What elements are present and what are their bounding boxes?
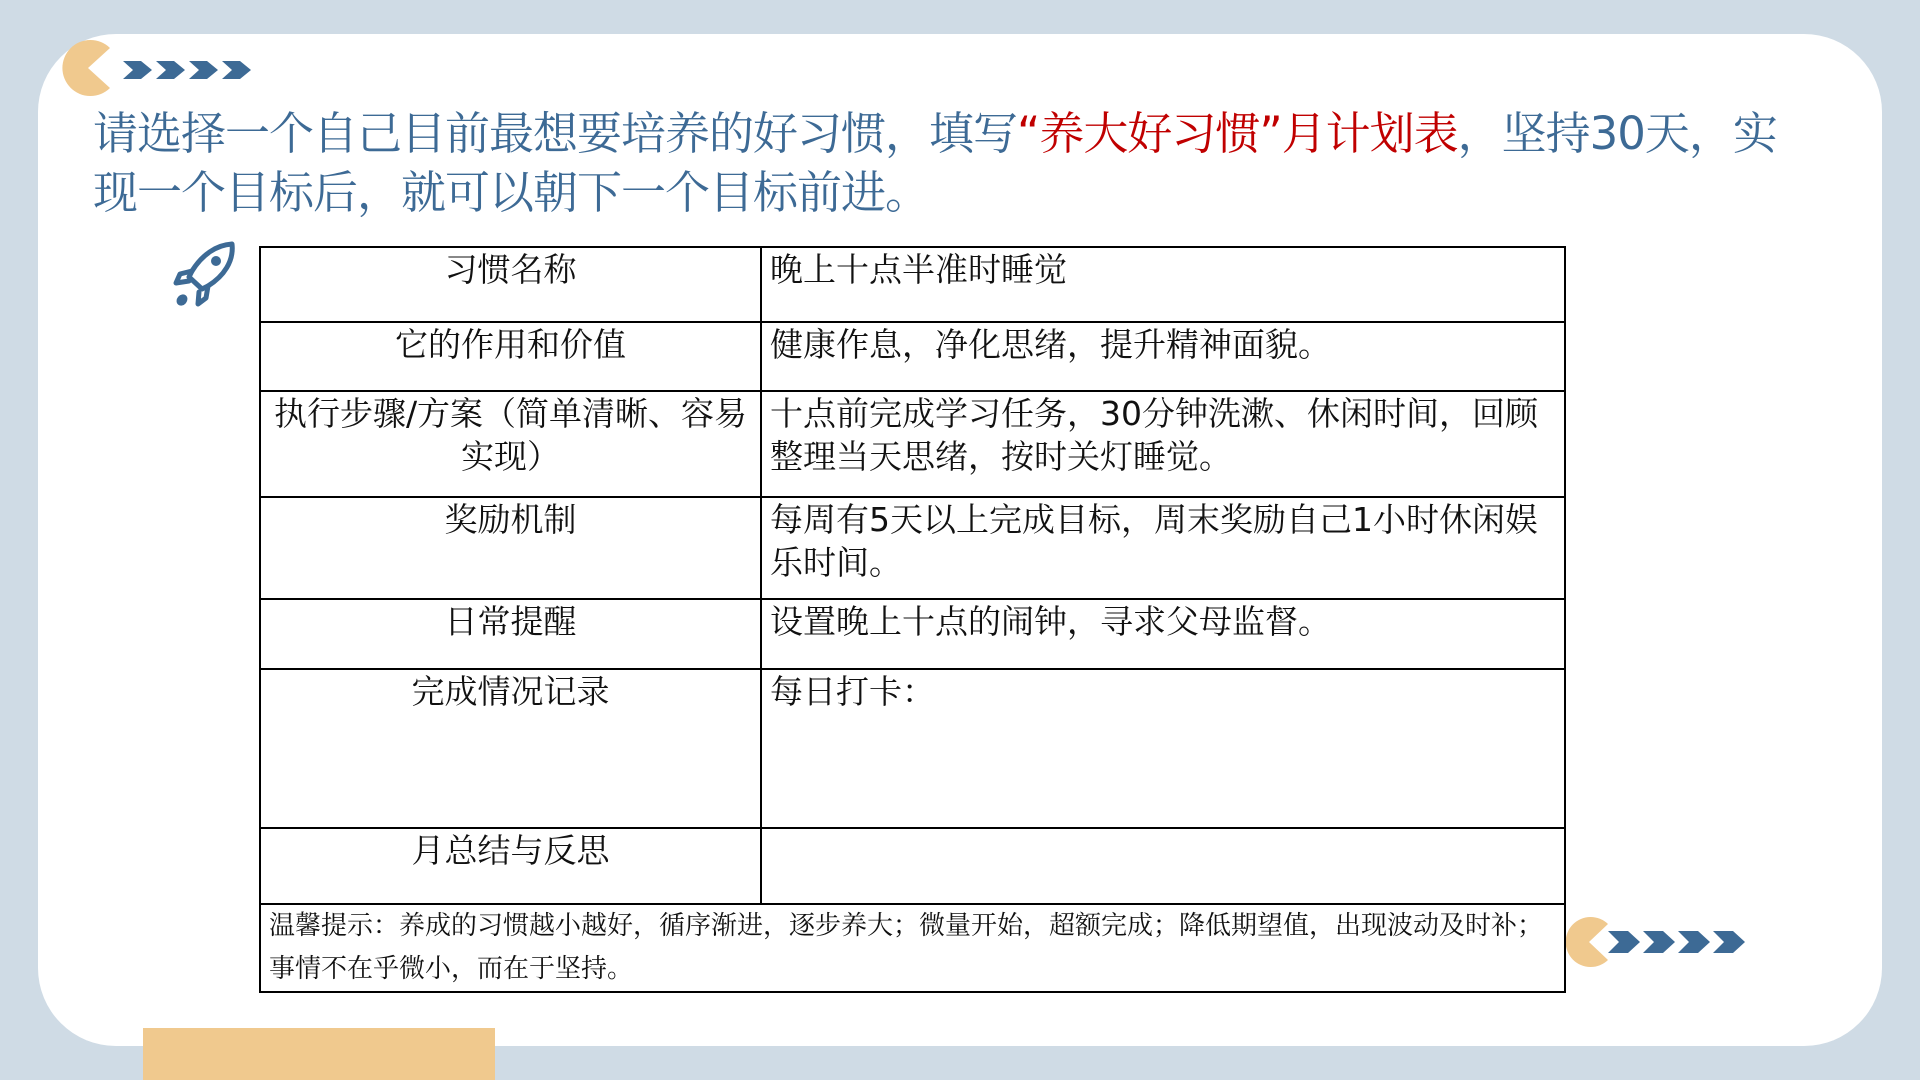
- page-title: 请选择一个自己目前最想要培养的好习惯，填写“养大好习惯”月计划表，坚持30天，实…: [93, 104, 1793, 222]
- row-value[interactable]: 健康作息，净化思绪，提升精神面貌。: [761, 322, 1565, 391]
- pacman-icon: [58, 40, 120, 96]
- row-label: 执行步骤/方案（简单清晰、容易实现）: [260, 391, 761, 497]
- row-value[interactable]: 设置晚上十点的闹钟，寻求父母监督。: [761, 599, 1565, 669]
- row-label: 奖励机制: [260, 497, 761, 599]
- title-text: 请选择一个自己目前最想要培养的好习惯，填写: [93, 107, 1017, 160]
- row-value[interactable]: 十点前完成学习任务，30分钟洗漱、休闲时间，回顾整理当天思绪，按时关灯睡觉。: [761, 391, 1565, 497]
- row-label: 它的作用和价值: [260, 322, 761, 391]
- row-label: 习惯名称: [260, 247, 761, 322]
- row-value[interactable]: [761, 828, 1565, 904]
- row-label: 完成情况记录: [260, 669, 761, 828]
- row-label: 月总结与反思: [260, 828, 761, 904]
- decorative-orange-bar: [143, 1028, 495, 1080]
- row-value[interactable]: 晚上十点半准时睡觉: [761, 247, 1565, 322]
- table-row: 奖励机制 每周有5天以上完成目标，周末奖励自己1小时休闲娱乐时间。: [260, 497, 1565, 599]
- table-row: 它的作用和价值 健康作息，净化思绪，提升精神面貌。: [260, 322, 1565, 391]
- chevron-arrows-icon: [1608, 931, 1748, 953]
- row-value[interactable]: 每周有5天以上完成目标，周末奖励自己1小时休闲娱乐时间。: [761, 497, 1565, 599]
- row-label: 日常提醒: [260, 599, 761, 669]
- chevron-arrows-icon: [123, 61, 255, 79]
- rocket-icon: [172, 241, 236, 311]
- row-value[interactable]: 每日打卡：: [761, 669, 1565, 828]
- table-row: 习惯名称 晚上十点半准时睡觉: [260, 247, 1565, 322]
- table-row: 月总结与反思: [260, 828, 1565, 904]
- tip-text: 温馨提示：养成的习惯越小越好，循序渐进，逐步养大；微量开始，超额完成；降低期望值…: [260, 904, 1565, 992]
- habit-plan-table: 习惯名称 晚上十点半准时睡觉 它的作用和价值 健康作息，净化思绪，提升精神面貌。…: [259, 246, 1566, 993]
- table-row: 执行步骤/方案（简单清晰、容易实现） 十点前完成学习任务，30分钟洗漱、休闲时间…: [260, 391, 1565, 497]
- title-highlight: “养大好习惯”月计划表: [1017, 107, 1458, 160]
- table-row: 日常提醒 设置晚上十点的闹钟，寻求父母监督。: [260, 599, 1565, 669]
- tip-row: 温馨提示：养成的习惯越小越好，循序渐进，逐步养大；微量开始，超额完成；降低期望值…: [260, 904, 1565, 992]
- table-row: 完成情况记录 每日打卡：: [260, 669, 1565, 828]
